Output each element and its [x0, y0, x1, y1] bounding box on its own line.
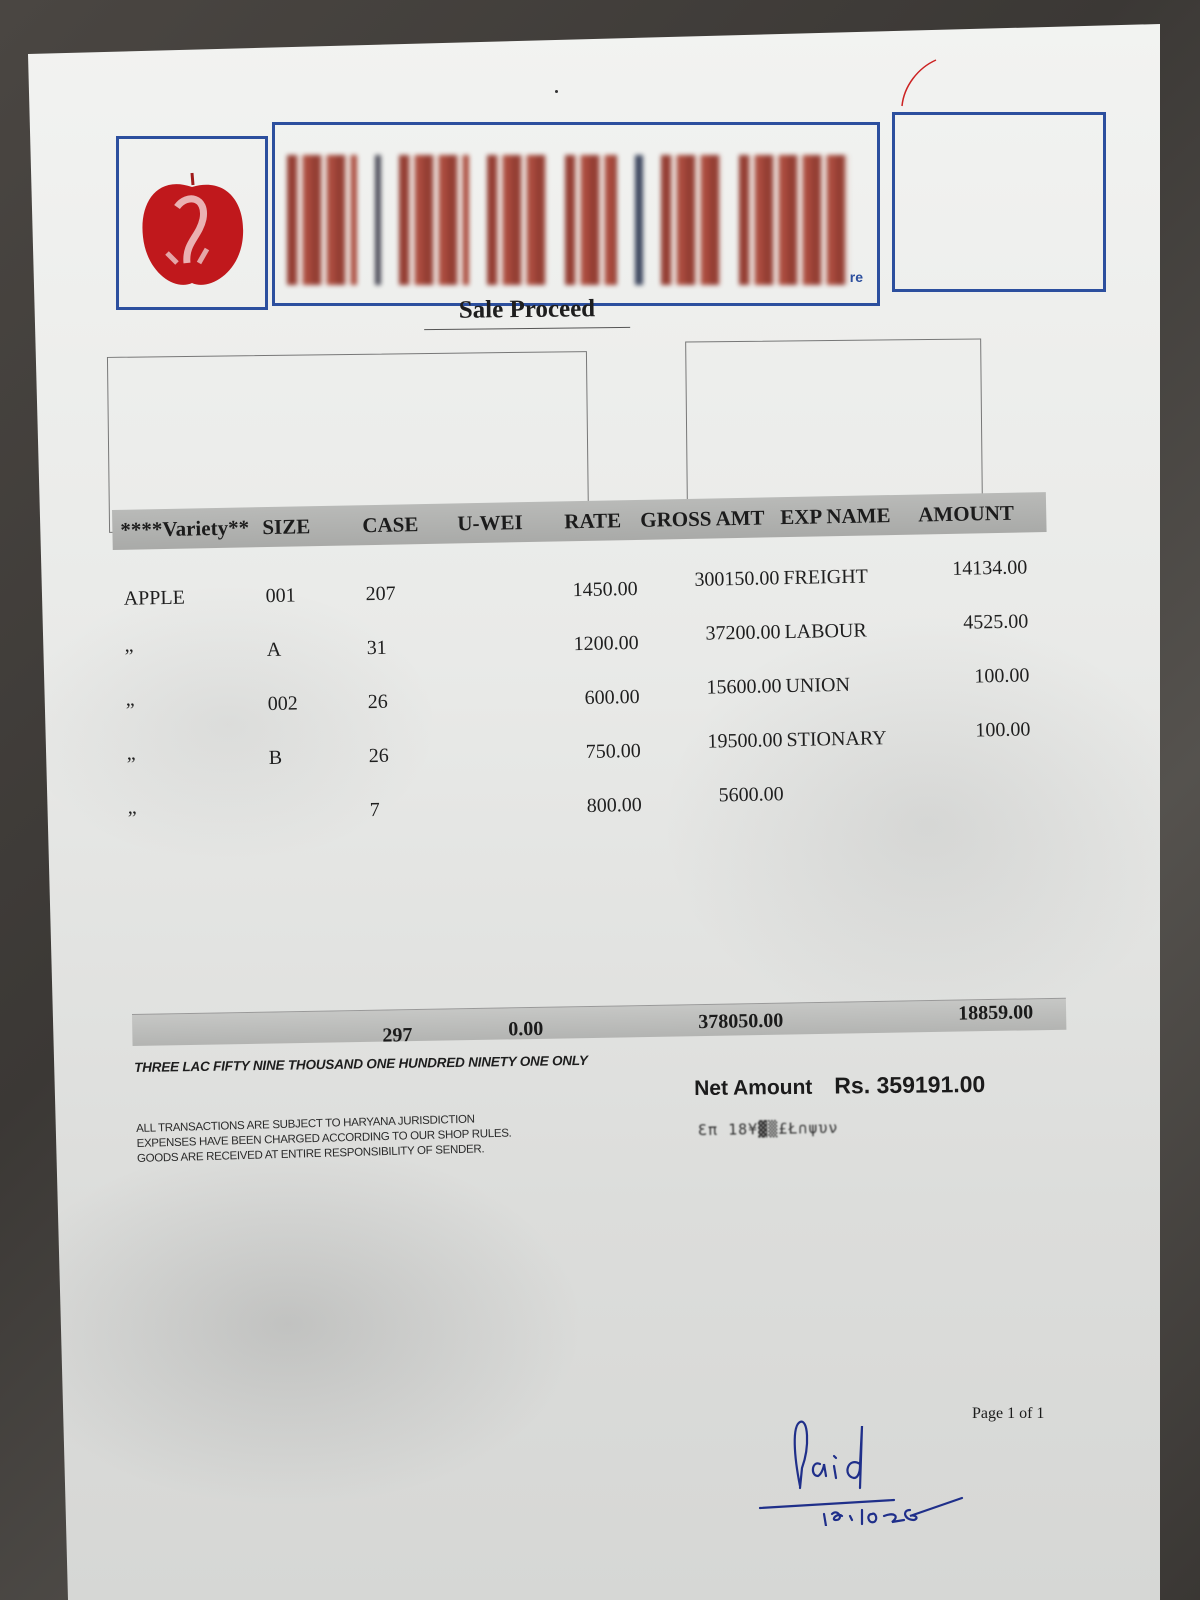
table-cell: 207: [365, 584, 405, 603]
table-cell: 14134.00: [927, 558, 1027, 578]
table-cell: 100.00: [930, 720, 1030, 740]
ink-speck: [555, 90, 558, 93]
terms-disclaimer: ALL TRANSACTIONS ARE SUBJECT TO HARYANA …: [136, 1112, 512, 1167]
invoice-paper: re Sale Proceed ****Variety** SIZE CASE …: [28, 24, 1160, 1600]
total-gross-amt: 378050.00: [698, 1010, 783, 1034]
table-cell: LABOUR: [784, 621, 884, 641]
table-cell: 15600.00: [671, 677, 781, 697]
table-cell: B: [269, 748, 309, 767]
table-cell: 5600.00: [673, 785, 783, 805]
table-cell: 37200.00: [670, 623, 780, 643]
table-cell: 100.00: [929, 666, 1029, 686]
header-u-wei: U-WEI: [457, 510, 523, 536]
table-cell: ”: [128, 809, 189, 828]
table-cell: APPLE: [124, 589, 186, 612]
table-cell: 300150.00: [669, 569, 779, 589]
table-cell: 002: [268, 694, 308, 713]
table-cell: FREIGHT: [783, 567, 883, 587]
table-cell: ”: [125, 647, 186, 666]
bill-details-box: [685, 338, 983, 505]
header-rate: RATE: [564, 508, 621, 534]
table-cell: STIONARY: [786, 729, 886, 749]
business-name-redacted: [287, 155, 857, 285]
table-cell: 600.00: [556, 688, 640, 708]
net-amount-label: Net Amount: [694, 1076, 812, 1100]
table-cell: 19500.00: [672, 731, 782, 751]
amount-in-words: THREE LAC FIFTY NINE THOUSAND ONE HUNDRE…: [134, 1053, 588, 1075]
business-name-box: re: [272, 122, 880, 306]
table-cell: ”: [126, 701, 187, 720]
document-title: Sale Proceed: [424, 295, 630, 330]
table-cell: 7: [370, 800, 410, 819]
header-case: CASE: [362, 512, 419, 538]
table-cell: UNION: [785, 675, 885, 695]
exp-name-column: FREIGHT LABOUR UNION STIONARY: [783, 531, 888, 785]
paid-signature-icon: [754, 1416, 984, 1526]
table-cell: 1450.00: [553, 580, 637, 600]
totals-row: 297 0.00 378050.00 18859.00: [132, 998, 1066, 1046]
brand-mark: re: [850, 269, 863, 285]
variety-column: APPLE ” ” ” ”: [123, 553, 190, 864]
table-cell: 26: [369, 746, 409, 765]
table-body: APPLE ” ” ” ” 001 A 002 B 207 31 26 26 7…: [113, 532, 1049, 670]
size-column: 001 A 002 B: [265, 550, 310, 803]
table-cell: 800.00: [558, 796, 642, 816]
table-cell: ”: [127, 755, 188, 774]
header-gross-amt: GROSS AMT: [640, 505, 765, 532]
total-cases: 297: [382, 1024, 412, 1048]
right-header-box: [892, 112, 1106, 292]
total-u-wei: 0.00: [508, 1018, 543, 1042]
header-exp-name: EXP NAME: [780, 503, 891, 530]
table-cell: 26: [368, 692, 408, 711]
header-variety: ****Variety**: [120, 515, 249, 542]
rate-column: 1450.00 1200.00 600.00 750.00 800.00: [553, 544, 643, 852]
net-amount: Net AmountRs. 359191.00: [694, 1071, 985, 1101]
logo-box: [116, 136, 268, 310]
header-size: SIZE: [262, 514, 310, 540]
gross-amt-column: 300150.00 37200.00 15600.00 19500.00 560…: [669, 533, 785, 841]
amount-column: 14134.00 4525.00 100.00 100.00: [926, 522, 1031, 776]
case-column: 207 31 26 26 7: [365, 548, 411, 855]
table-cell: 001: [266, 586, 306, 605]
table-cell: A: [267, 640, 307, 659]
table-cell: 1200.00: [554, 634, 638, 654]
sales-table: ****Variety** SIZE CASE U-WEI RATE GROSS…: [112, 492, 1049, 670]
apple-logo-icon: [137, 163, 247, 291]
total-expenses: 18859.00: [958, 1001, 1033, 1025]
red-pen-mark-icon: [898, 58, 938, 108]
table-cell: 4525.00: [928, 612, 1028, 632]
table-cell: 750.00: [557, 742, 641, 762]
table-cell: 31: [367, 638, 407, 657]
net-amount-value: Rs. 359191.00: [834, 1071, 985, 1099]
stamp-text-redacted: Ɛπ 18¥▓▒£Ł∩ψυν: [698, 1119, 839, 1139]
